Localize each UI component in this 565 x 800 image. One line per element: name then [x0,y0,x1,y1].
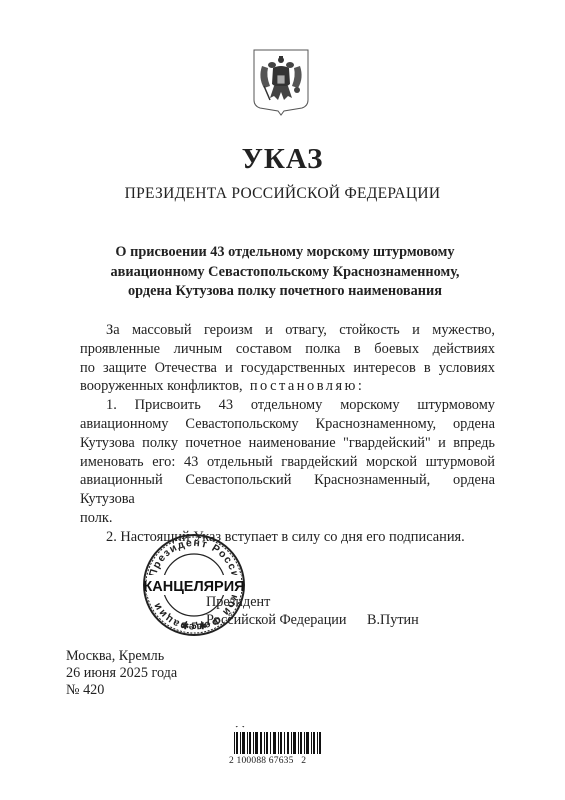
body-line: 1. Присвоить 43 отдельному морскому штур… [80,396,495,415]
barcode-digits: 2 100088 67635 2 [229,756,306,766]
double-headed-eagle-icon [252,48,310,116]
barcode-icon [232,726,324,756]
decree-body: За массовый героизм и отвагу, стойкость … [80,321,495,547]
body-line: именовать его: 43 отдельный гвардейский … [80,453,495,472]
decree-number: № 420 [66,682,177,699]
barcode [232,726,324,756]
body-line: Кутузова полку почетное наименование "гв… [80,434,495,453]
body-line: вооруженных конфликтов, [80,378,243,394]
document-subtitle: ПРЕЗИДЕНТА РОССИЙСКОЙ ФЕДЕРАЦИИ [0,185,565,203]
decree-keyword: постановляю: [250,378,365,394]
body-line: по защите Отечества и государственных ин… [80,359,495,378]
signatory-name: В.Путин [367,612,419,629]
document-title: УКАЗ [0,143,565,176]
svg-text:КАНЦЕЛЯРИЯ: КАНЦЕЛЯРИЯ [143,579,244,595]
place-date-number: Москва, Кремль 26 июня 2025 года № 420 [66,648,177,699]
body-line-compound: вооруженных конфликтов, постановляю: [80,377,495,396]
place-city: Москва, Кремль [66,648,177,665]
decree-date: 26 июня 2025 года [66,665,177,682]
body-line: проявленные личным составом полка в боев… [80,340,495,359]
heading-line: авиационному Севастопольскому Краснознам… [90,263,480,283]
body-line: полк. [80,509,495,528]
decree-heading: О присвоении 43 отдельному морскому штур… [90,243,480,302]
heading-line: О присвоении 43 отдельному морскому штур… [90,243,480,263]
svg-text:✱ 5 ✱: ✱ 5 ✱ [181,621,207,631]
heading-line: ордена Кутузова полку почетного наименов… [90,282,480,302]
signatory-title-line2: Российской Федерации [206,612,346,629]
body-line: авиационному Севастопольскому Краснознам… [80,415,495,434]
body-line: За массовый героизм и отвагу, стойкость … [80,321,495,340]
signatory-title-line1: Президент [206,594,270,611]
body-line: авиационный Севастопольский Краснознамен… [80,471,495,509]
coat-of-arms-emblem [252,48,310,116]
